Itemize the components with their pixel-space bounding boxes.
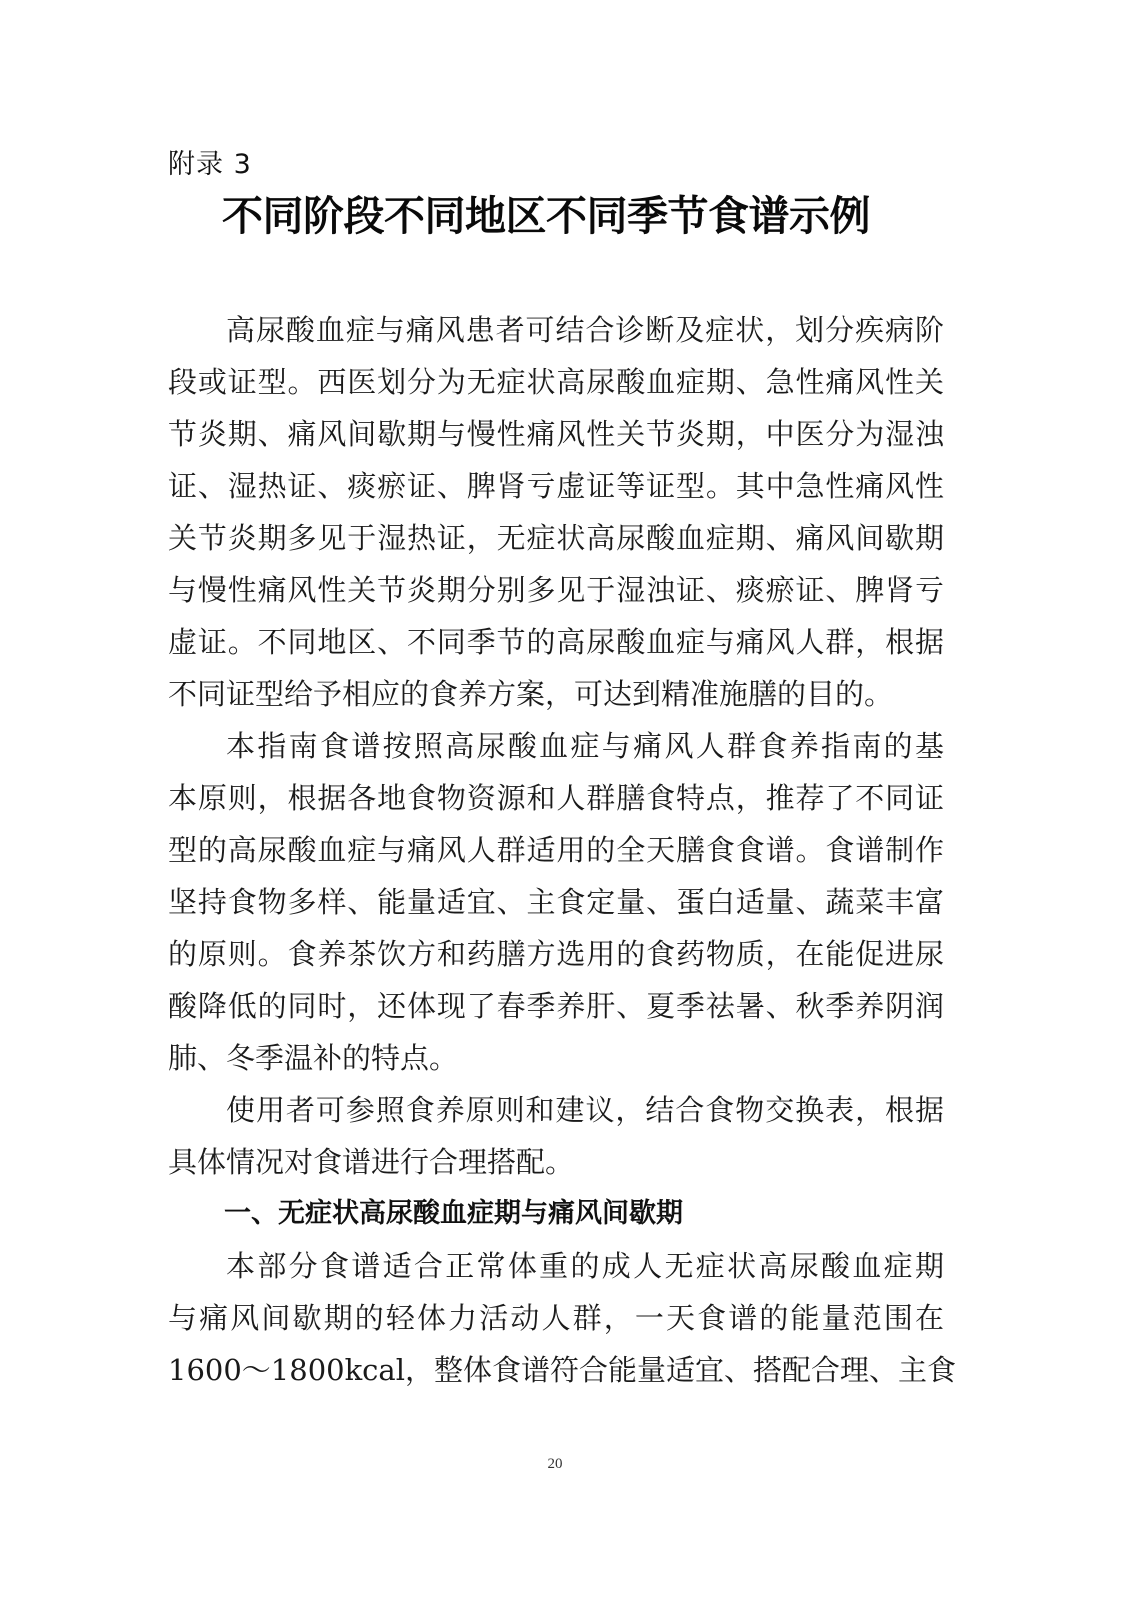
paragraph-2-line-6: 酸降低的同时，还体现了春季养肝、夏季祛暑、秋季养阴润 — [168, 980, 944, 1032]
document-body: 高尿酸血症与痛风患者可结合诊断及症状，划分疾病阶 段或证型。西医划分为无症状高尿… — [168, 304, 944, 1396]
page-title: 不同阶段不同地区不同季节食谱示例 — [222, 188, 922, 244]
paragraph-1-line-8: 不同证型给予相应的食养方案，可达到精准施膳的目的。 — [168, 668, 944, 720]
paragraph-3-line-2: 具体情况对食谱进行合理搭配。 — [168, 1136, 944, 1188]
paragraph-3-line-1: 使用者可参照食养原则和建议，结合食物交换表，根据 — [168, 1084, 944, 1136]
paragraph-2-line-7: 肺、冬季温补的特点。 — [168, 1032, 944, 1084]
appendix-label: 附录 3 — [168, 145, 252, 185]
paragraph-1-line-2: 段或证型。西医划分为无症状高尿酸血症期、急性痛风性关 — [168, 356, 944, 408]
paragraph-2-line-5: 的原则。食养茶饮方和药膳方选用的食药物质，在能促进尿 — [168, 928, 944, 980]
paragraph-2-line-3: 型的高尿酸血症与痛风人群适用的全天膳食食谱。食谱制作 — [168, 824, 944, 876]
paragraph-2-line-4: 坚持食物多样、能量适宜、主食定量、蛋白适量、蔬菜丰富 — [168, 876, 944, 928]
paragraph-2-line-2: 本原则，根据各地食物资源和人群膳食特点，推荐了不同证 — [168, 772, 944, 824]
paragraph-1-line-1: 高尿酸血症与痛风患者可结合诊断及症状，划分疾病阶 — [168, 304, 944, 356]
paragraph-4-line-2: 与痛风间歇期的轻体力活动人群，一天食谱的能量范围在 — [168, 1292, 944, 1344]
paragraph-4-line-3: 1600～1800kcal，整体食谱符合能量适宜、搭配合理、主食 — [168, 1344, 944, 1396]
paragraph-1-line-3: 节炎期、痛风间歇期与慢性痛风性关节炎期，中医分为湿浊 — [168, 408, 944, 460]
paragraph-1-line-5: 关节炎期多见于湿热证，无症状高尿酸血症期、痛风间歇期 — [168, 512, 944, 564]
section-heading: 一、无症状高尿酸血症期与痛风间歇期 — [168, 1188, 944, 1240]
document-page: 附录 3 不同阶段不同地区不同季节食谱示例 高尿酸血症与痛风患者可结合诊断及症状… — [0, 0, 1131, 1600]
page-number: 20 — [0, 1456, 1110, 1473]
paragraph-4-line-1: 本部分食谱适合正常体重的成人无症状高尿酸血症期 — [168, 1240, 944, 1292]
paragraph-2-line-1: 本指南食谱按照高尿酸血症与痛风人群食养指南的基 — [168, 720, 944, 772]
paragraph-1-line-7: 虚证。不同地区、不同季节的高尿酸血症与痛风人群，根据 — [168, 616, 944, 668]
paragraph-1-line-6: 与慢性痛风性关节炎期分别多见于湿浊证、痰瘀证、脾肾亏 — [168, 564, 944, 616]
paragraph-1-line-4: 证、湿热证、痰瘀证、脾肾亏虚证等证型。其中急性痛风性 — [168, 460, 944, 512]
